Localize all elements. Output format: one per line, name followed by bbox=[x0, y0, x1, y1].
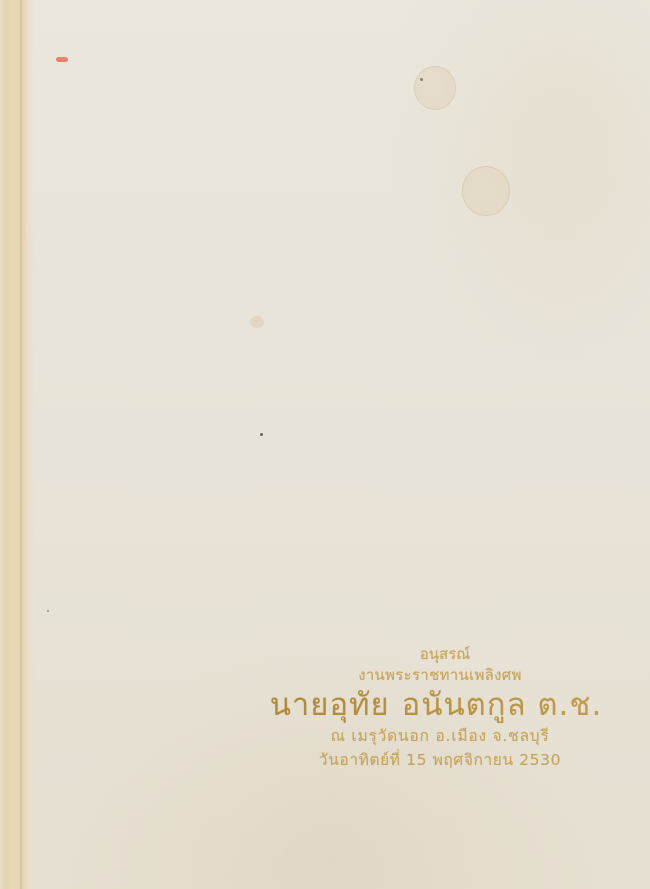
gold-inscription: อนุสรณ์ งานพระราชทานเพลิงศพ นายอุทัยอนัน… bbox=[250, 644, 630, 772]
given-name: นายอุทัย bbox=[270, 687, 390, 723]
faint-stain bbox=[250, 316, 264, 328]
memorial-heading: อนุสรณ์ bbox=[260, 644, 630, 664]
dirt-speck bbox=[47, 610, 49, 612]
dirt-speck bbox=[260, 433, 263, 436]
water-stain bbox=[414, 66, 456, 110]
spine-crease bbox=[20, 0, 22, 889]
ceremony-place: ณ เมรุวัดนอก อ.เมือง จ.ชลบุรี bbox=[250, 724, 630, 748]
deceased-name: นายอุทัยอนันตกูล ต.ช. bbox=[242, 686, 630, 724]
surname-rank: อนันตกูล ต.ช. bbox=[402, 687, 603, 723]
spine-edge bbox=[0, 0, 34, 889]
book-cover: อนุสรณ์ งานพระราชทานเพลิงศพ นายอุทัยอนัน… bbox=[0, 0, 650, 889]
dirt-speck bbox=[420, 78, 423, 81]
red-mark bbox=[56, 57, 68, 62]
event-title: งานพระราชทานเพลิงศพ bbox=[250, 664, 630, 686]
ceremony-date: วันอาทิตย์ที่ 15 พฤศจิกายน 2530 bbox=[250, 748, 630, 772]
water-stain bbox=[462, 166, 510, 216]
